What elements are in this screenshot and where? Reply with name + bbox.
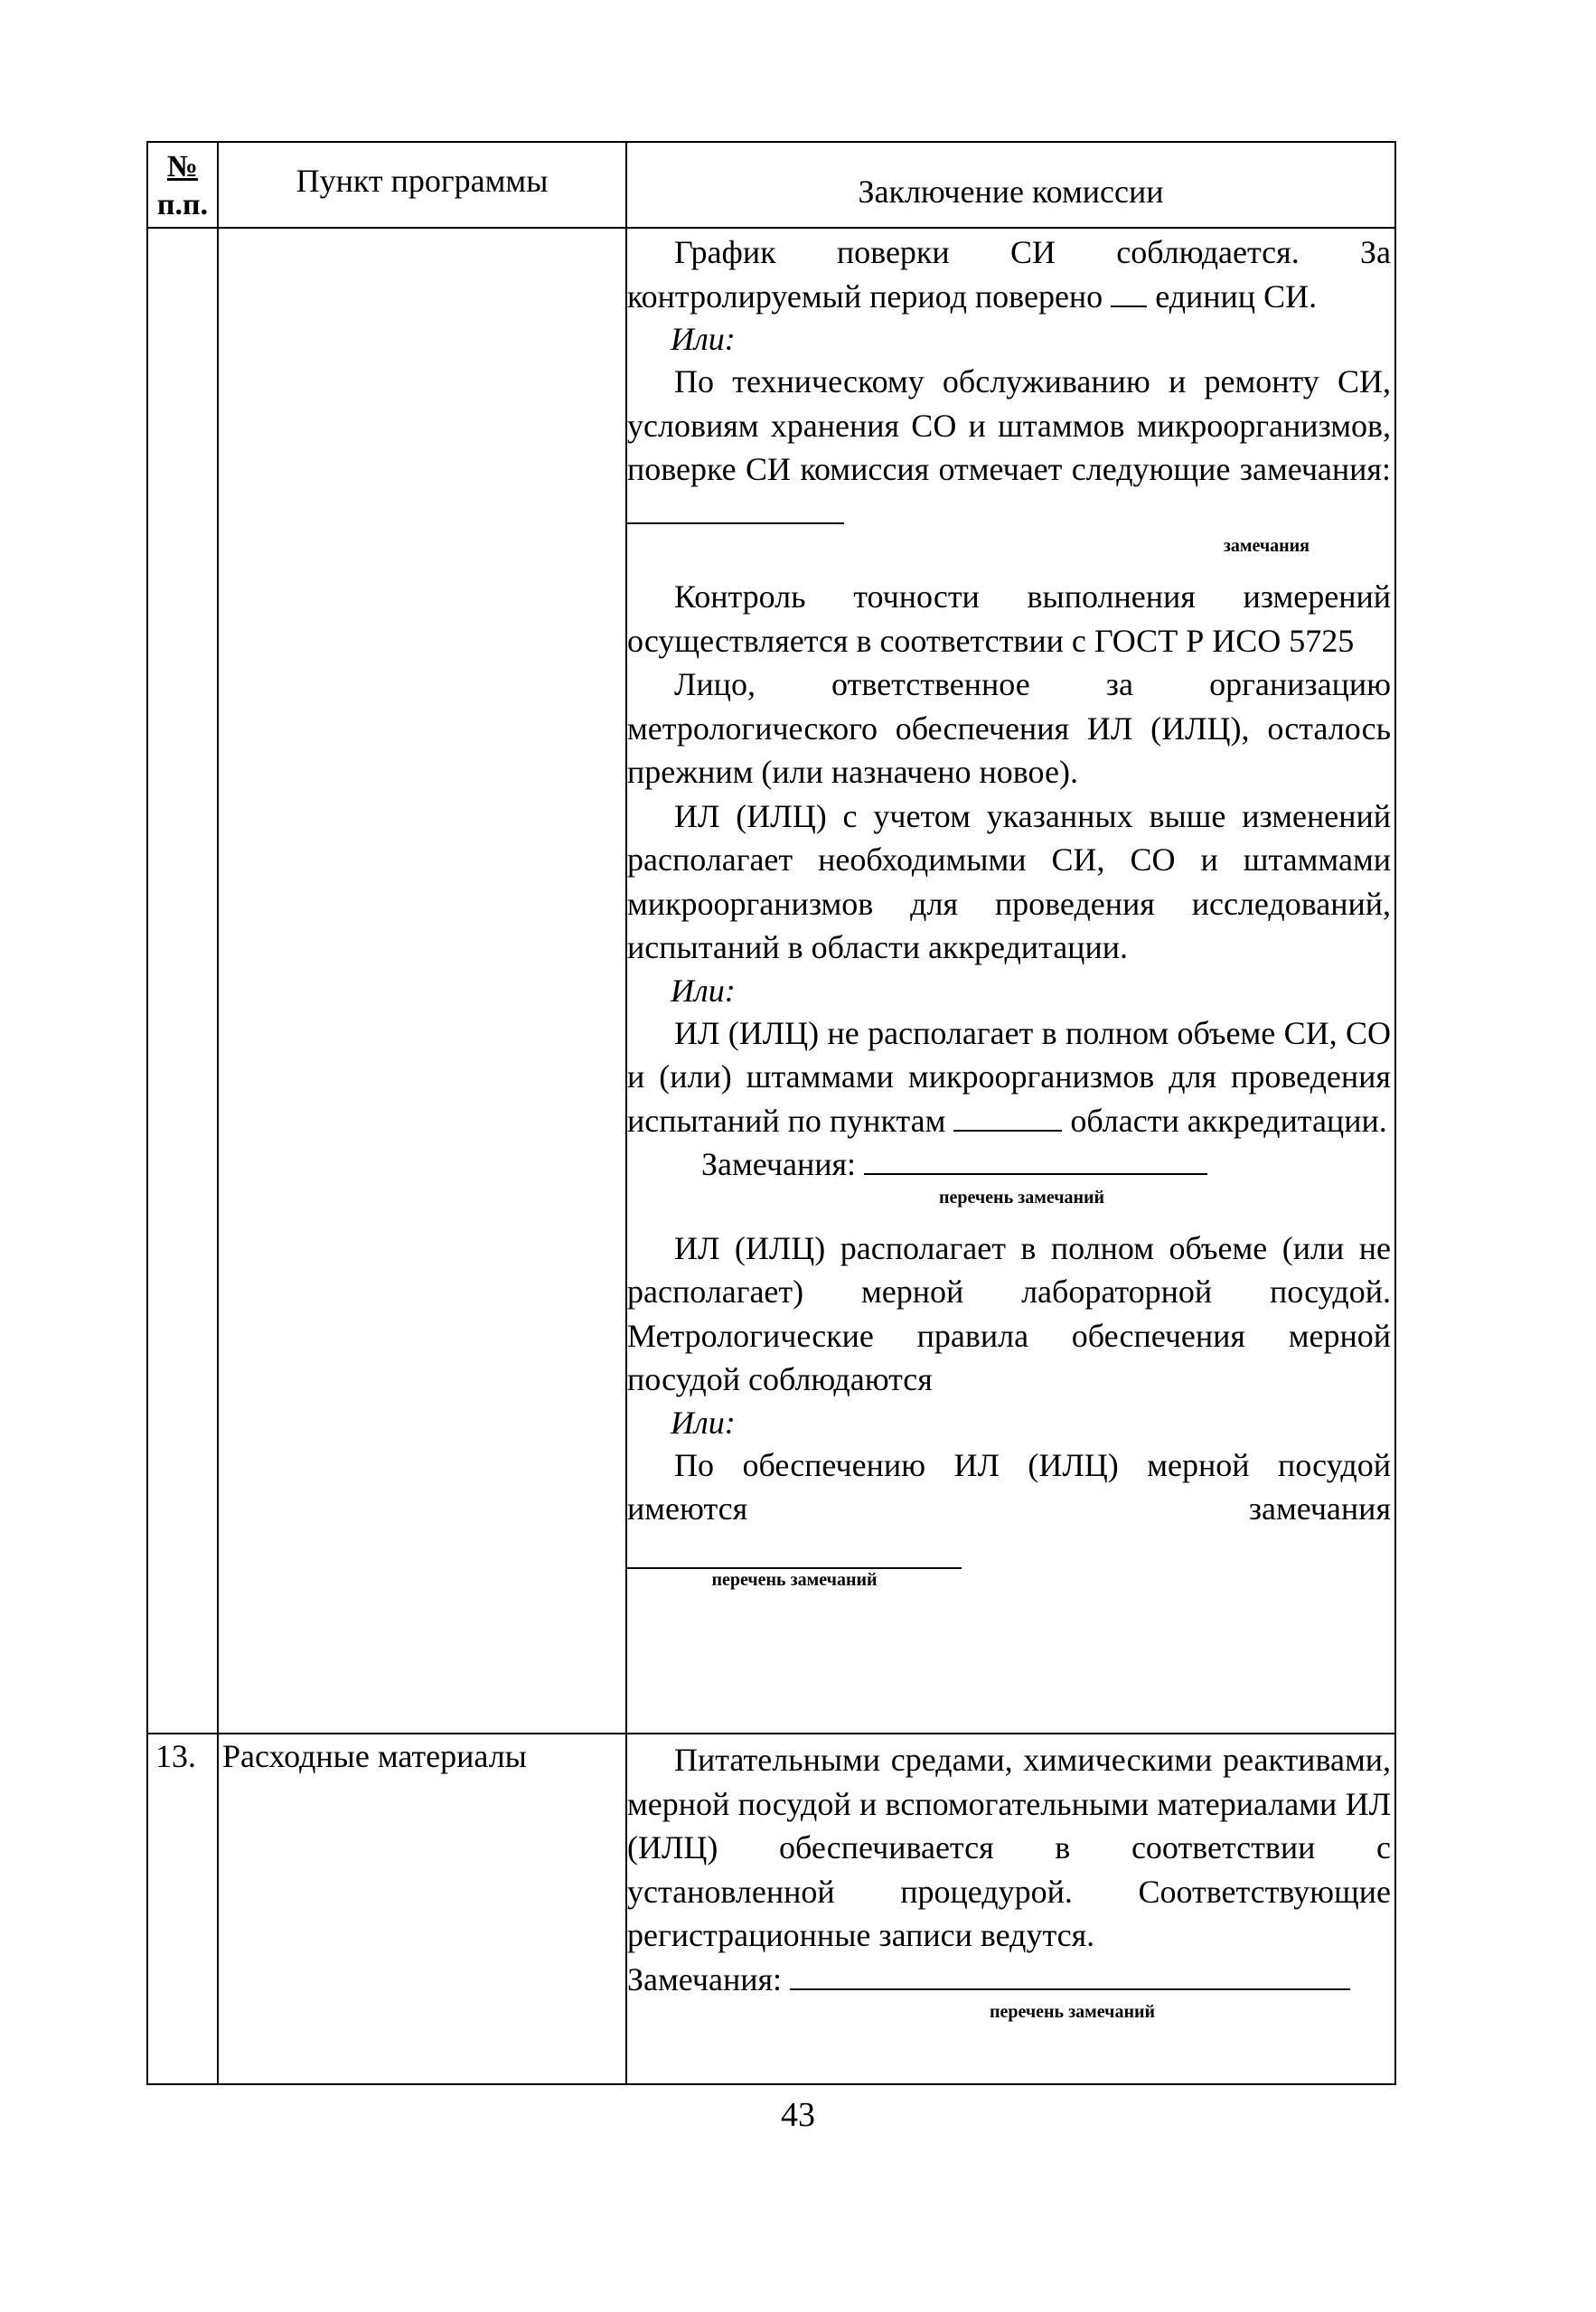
glassware-remarks-paragraph: По обеспечению ИЛ (ИЛЦ) мерной посудой и… — [627, 1443, 1391, 1531]
remarks-blank — [864, 1148, 1207, 1175]
remarks-caption: перечень замечаний — [627, 1569, 962, 1591]
or-label: Или: — [627, 970, 1391, 1011]
table-row: 13. Расходные материалы Питательными сре… — [147, 1734, 1395, 2084]
clauses-blank — [953, 1104, 1062, 1132]
table-row: График поверки СИ соблюдается. За контро… — [147, 228, 1395, 1734]
header-number-line1: № — [148, 148, 217, 186]
verification-schedule-paragraph: График поверки СИ соблюдается. За контро… — [627, 230, 1391, 318]
glassware-paragraph: ИЛ (ИЛЦ) располагает в полном объеме (ил… — [627, 1226, 1391, 1402]
remarks-caption: замечания — [627, 535, 1391, 557]
page-number: 43 — [0, 2095, 1596, 2135]
conclusion-cell: График поверки СИ соблюдается. За контро… — [626, 228, 1395, 1734]
row-number-cell: 13. — [147, 1734, 218, 2084]
accuracy-control-paragraph: Контроль точности выполнения измерений о… — [627, 575, 1391, 663]
or-label: Или: — [627, 318, 1391, 360]
verified-count-blank — [1111, 280, 1147, 307]
remarks-caption: перечень замечаний — [627, 1187, 1391, 1208]
equipment-not-available-paragraph: ИЛ (ИЛЦ) не располагает в полном объеме … — [627, 1011, 1391, 1143]
program-item-cell: Расходные материалы — [218, 1734, 626, 2084]
remarks-line-1: Замечания: — [627, 1142, 1391, 1187]
header-commission-conclusion: Заключение комиссии — [626, 142, 1395, 228]
or-label: Или: — [627, 1402, 1391, 1443]
remarks-caption: перечень замечаний — [627, 2001, 1391, 2023]
remarks-blank — [627, 497, 844, 524]
conclusion-cell: Питательными средами, химическими реакти… — [626, 1734, 1395, 2084]
header-number: № п.п. — [147, 142, 218, 228]
program-table: № п.п. Пункт программы Заключение комисс… — [146, 141, 1396, 2085]
remarks-line: Замечания: — [627, 1958, 1391, 2002]
equipment-available-paragraph: ИЛ (ИЛЦ) с учетом указанных выше изменен… — [627, 794, 1391, 970]
header-program-item: Пункт программы — [218, 142, 626, 228]
responsible-person-paragraph: Лицо, ответственное за организацию метро… — [627, 663, 1391, 794]
remarks-blank — [790, 1963, 1350, 1990]
maintenance-remarks-paragraph: По техническому обслуживанию и ремонту С… — [627, 360, 1391, 535]
table-header-row: № п.п. Пункт программы Заключение комисс… — [147, 142, 1395, 228]
consumables-paragraph: Питательными средами, химическими реакти… — [627, 1738, 1391, 1958]
header-number-line2: п.п. — [148, 186, 217, 224]
program-item-cell — [218, 228, 626, 1734]
row-number-cell — [147, 228, 218, 1734]
